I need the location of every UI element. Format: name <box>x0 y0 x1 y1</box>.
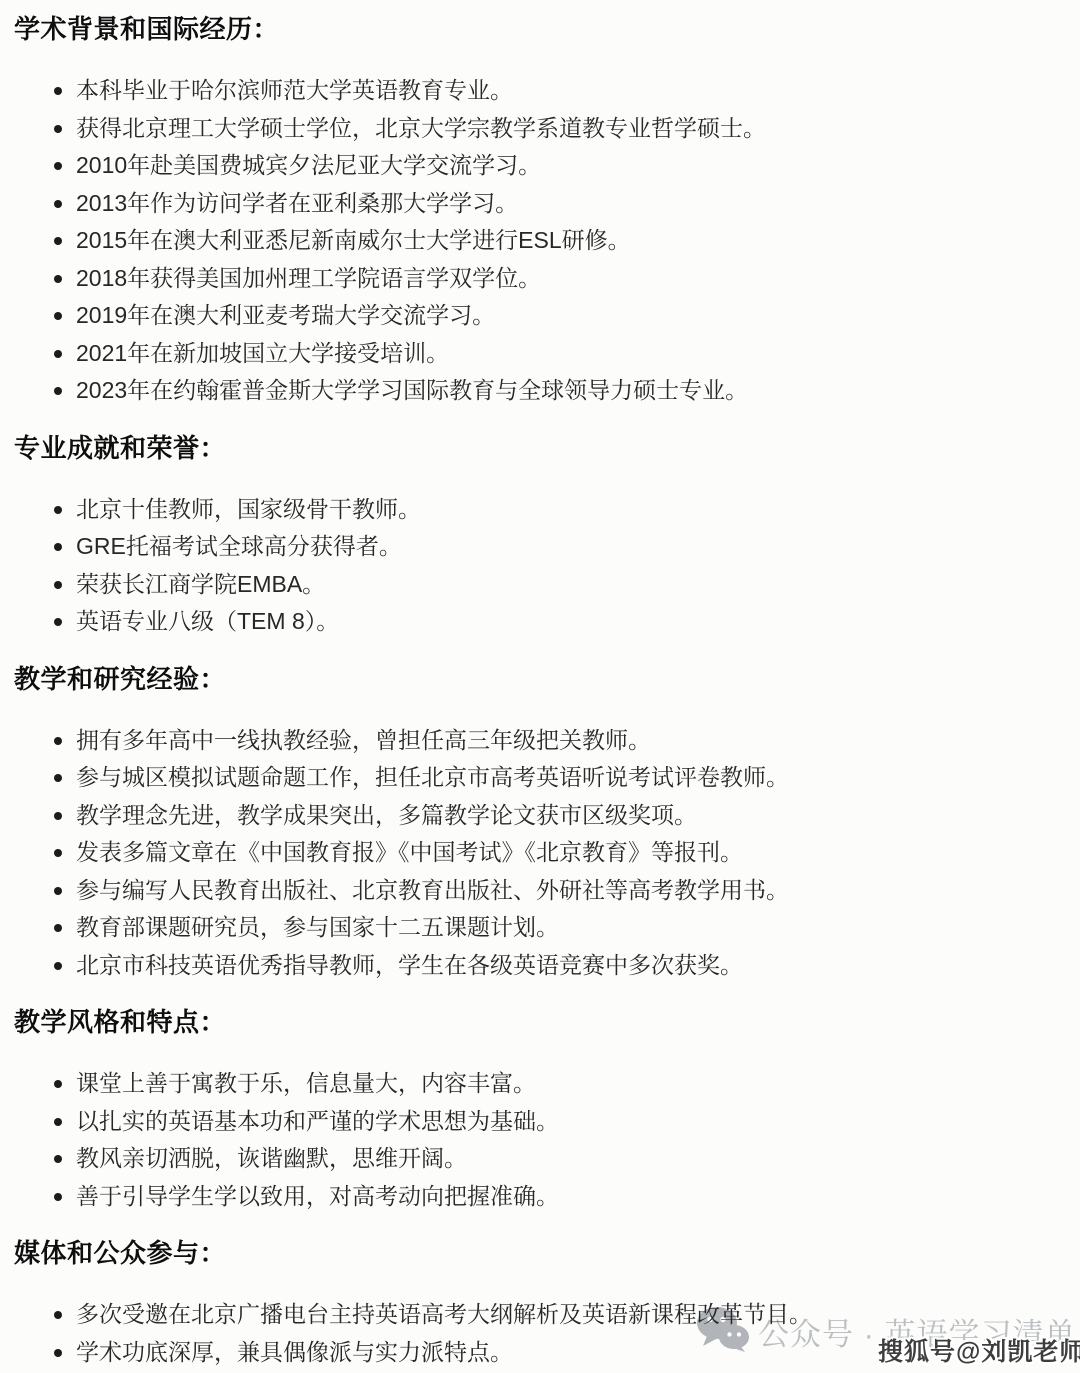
bullet-item: 2021年在新加坡国立大学接受培训。 <box>54 335 1062 373</box>
bullet-item: 2013年作为访问学者在亚利桑那大学学习。 <box>54 185 1062 223</box>
document-content: 学术背景和国际经历：本科毕业于哈尔滨师范大学英语教育专业。获得北京理工大学硕士学… <box>14 12 1062 1371</box>
bullet-item: 英语专业八级（TEM 8）。 <box>54 603 1062 641</box>
bullet-item: 2015年在澳大利亚悉尼新南威尔士大学进行ESL研修。 <box>54 222 1062 260</box>
bullet-item: 发表多篇文章在《中国教育报》《中国考试》《北京教育》等报刊。 <box>54 834 1062 872</box>
bullet-list: 课堂上善于寓教于乐，信息量大，内容丰富。以扎实的英语基本功和严谨的学术思想为基础… <box>14 1065 1062 1215</box>
bullet-item: 课堂上善于寓教于乐，信息量大，内容丰富。 <box>54 1065 1062 1103</box>
sohu-watermark: 搜狐号@刘凯老师 <box>878 1332 1080 1368</box>
section-heading: 专业成就和荣誉： <box>14 431 1062 465</box>
bullet-item: 荣获长江商学院EMBA。 <box>54 566 1062 604</box>
bullet-item: 多次受邀在北京广播电台主持英语高考大纲解析及英语新课程改革节目。 <box>54 1296 1062 1334</box>
bullet-item: 参与城区模拟试题命题工作，担任北京市高考英语听说考试评卷教师。 <box>54 759 1062 797</box>
bullet-item: 北京市科技英语优秀指导教师，学生在各级英语竞赛中多次获奖。 <box>54 947 1062 985</box>
section-3: 教学和研究经验：拥有多年高中一线执教经验，曾担任高三年级把关教师。参与城区模拟试… <box>14 662 1062 985</box>
bullet-item: GRE托福考试全球高分获得者。 <box>54 528 1062 566</box>
sohu-watermark-label: 搜狐号@刘凯老师 <box>878 1338 1080 1366</box>
bullet-item: 教学理念先进，教学成果突出，多篇教学论文获市区级奖项。 <box>54 797 1062 835</box>
bullet-item: 2010年赴美国费城宾夕法尼亚大学交流学习。 <box>54 147 1062 185</box>
bullet-item: 参与编写人民教育出版社、北京教育出版社、外研社等高考教学用书。 <box>54 872 1062 910</box>
bullet-list: 北京十佳教师，国家级骨干教师。GRE托福考试全球高分获得者。荣获长江商学院EMB… <box>14 491 1062 641</box>
bullet-item: 以扎实的英语基本功和严谨的学术思想为基础。 <box>54 1103 1062 1141</box>
bullet-item: 本科毕业于哈尔滨师范大学英语教育专业。 <box>54 72 1062 110</box>
document-page: 学术背景和国际经历：本科毕业于哈尔滨师范大学英语教育专业。获得北京理工大学硕士学… <box>0 0 1080 1373</box>
section-heading: 学术背景和国际经历： <box>14 12 1062 46</box>
bullet-list: 本科毕业于哈尔滨师范大学英语教育专业。获得北京理工大学硕士学位，北京大学宗教学系… <box>14 72 1062 410</box>
bullet-item: 拥有多年高中一线执教经验，曾担任高三年级把关教师。 <box>54 722 1062 760</box>
bullet-item: 善于引导学生学以致用，对高考动向把握准确。 <box>54 1178 1062 1216</box>
bullet-item: 2018年获得美国加州理工学院语言学双学位。 <box>54 260 1062 298</box>
bullet-item: 北京十佳教师，国家级骨干教师。 <box>54 491 1062 529</box>
bullet-list: 拥有多年高中一线执教经验，曾担任高三年级把关教师。参与城区模拟试题命题工作，担任… <box>14 722 1062 985</box>
section-1: 学术背景和国际经历：本科毕业于哈尔滨师范大学英语教育专业。获得北京理工大学硕士学… <box>14 12 1062 410</box>
section-heading: 教学和研究经验： <box>14 662 1062 696</box>
section-4: 教学风格和特点：课堂上善于寓教于乐，信息量大，内容丰富。以扎实的英语基本功和严谨… <box>14 1005 1062 1215</box>
section-2: 专业成就和荣誉：北京十佳教师，国家级骨干教师。GRE托福考试全球高分获得者。荣获… <box>14 431 1062 641</box>
section-heading: 教学风格和特点： <box>14 1005 1062 1039</box>
bullet-item: 教育部课题研究员，参与国家十二五课题计划。 <box>54 909 1062 947</box>
bullet-item: 2023年在约翰霍普金斯大学学习国际教育与全球领导力硕士专业。 <box>54 372 1062 410</box>
bullet-item: 2019年在澳大利亚麦考瑞大学交流学习。 <box>54 297 1062 335</box>
bullet-item: 教风亲切洒脱，诙谐幽默，思维开阔。 <box>54 1140 1062 1178</box>
section-heading: 媒体和公众参与： <box>14 1236 1062 1270</box>
bullet-item: 获得北京理工大学硕士学位，北京大学宗教学系道教专业哲学硕士。 <box>54 110 1062 148</box>
